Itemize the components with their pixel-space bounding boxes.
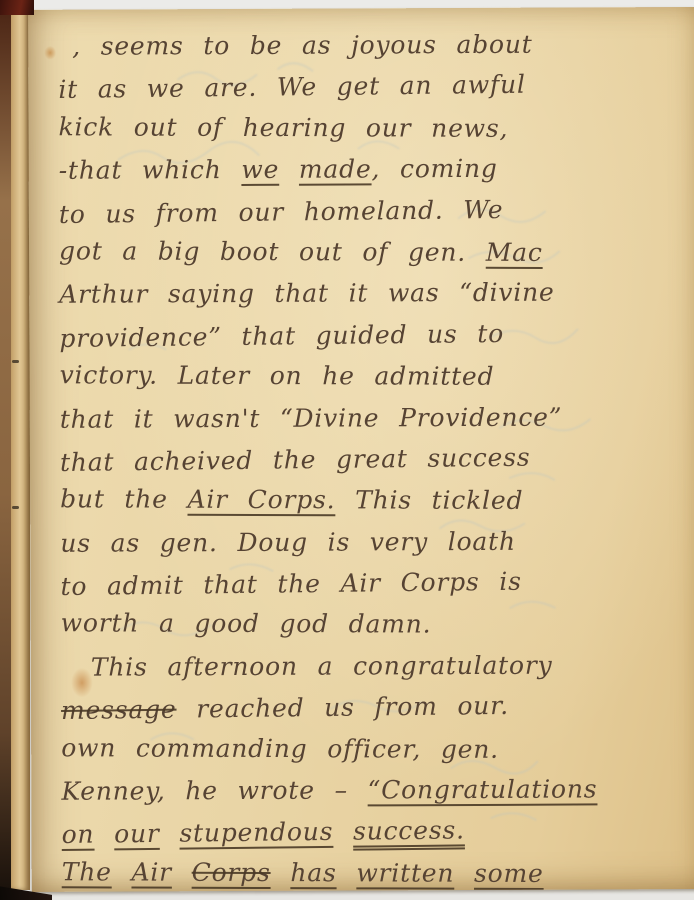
handwritten-text xyxy=(94,820,114,849)
handwritten-text: but the xyxy=(60,485,187,514)
handwritten-text: got a big boot out of gen. xyxy=(59,236,486,266)
handwritten-text: This afternoon a congratulatory xyxy=(91,650,553,681)
handwritten-text: that acheived the great success xyxy=(60,443,531,477)
handwritten-text xyxy=(271,858,291,887)
handwritten-text: Air xyxy=(131,857,172,886)
handwritten-text: message xyxy=(61,695,177,725)
handwritten-text xyxy=(112,857,132,886)
handwritten-text: Mac xyxy=(486,238,543,267)
handwritten-line: The Air Corps has written some xyxy=(62,851,692,892)
handwritten-text: Arthur saying that it was “divine xyxy=(59,278,554,309)
handwritten-text: “Congratulations xyxy=(368,774,598,804)
page-lines: , seems to be as joyous aboutit as we ar… xyxy=(58,23,692,892)
paper-stain xyxy=(44,46,56,60)
handwritten-text: providence” that guided us to xyxy=(59,319,504,353)
diary-page: , seems to be as joyous aboutit as we ar… xyxy=(28,7,694,892)
handwritten-line: us as gen. Doug is very loath xyxy=(60,520,690,564)
handwritten-line: Arthur saying that it was “divine xyxy=(59,271,689,315)
handwritten-text: Air Corps. xyxy=(187,485,335,515)
handwritten-text: has xyxy=(290,858,336,887)
handwritten-text xyxy=(279,155,299,184)
handwritten-line: , seems to be as joyous about xyxy=(58,23,688,67)
handwritten-line: Kenney, he wrote – “Congratulations xyxy=(61,768,691,812)
handwritten-line: This afternoon a congratulatory xyxy=(61,644,691,688)
previous-page-ink-mark xyxy=(12,360,19,363)
handwritten-text: This tickled xyxy=(335,486,523,516)
handwritten-text xyxy=(454,858,474,887)
handwritten-line: to admit that the Air Corps is xyxy=(60,559,690,608)
handwritten-text: made xyxy=(299,155,372,184)
handwritten-text: Kenney, he wrote – xyxy=(61,775,367,805)
handwritten-line: that it wasn't “Divine Providence” xyxy=(60,396,690,440)
handwritten-text xyxy=(337,858,357,887)
handwritten-text: to us from our homeland. We xyxy=(59,194,504,228)
handwritten-text: that it wasn't “Divine Providence” xyxy=(60,402,563,433)
handwritten-text: , coming xyxy=(371,154,497,184)
previous-page-ink-mark xyxy=(12,506,19,509)
handwritten-line: own commanding officer, gen. xyxy=(61,727,691,771)
handwritten-text: -that which xyxy=(59,155,242,185)
page-edge-stack xyxy=(11,8,30,890)
handwritten-line: got a big boot out of gen. Mac xyxy=(59,230,689,274)
handwritten-line: it as we are. We get an awful xyxy=(58,62,688,111)
handwritten-text: worth a good god damn. xyxy=(61,609,432,639)
handwritten-text: written xyxy=(356,858,454,887)
handwritten-text: The xyxy=(62,857,112,886)
handwritten-line: providence” that guided us to xyxy=(59,311,689,360)
book-spine-edge xyxy=(0,6,11,892)
handwritten-text: to admit that the Air Corps is xyxy=(60,567,522,601)
handwritten-text: Corps xyxy=(192,858,271,887)
handwritten-text: victory. Later on he admitted xyxy=(60,360,495,391)
handwritten-text: kick out of hearing our news, xyxy=(58,112,508,143)
handwritten-text: on xyxy=(61,820,94,849)
handwritten-line: victory. Later on he admitted xyxy=(60,354,690,398)
handwritten-text: we xyxy=(241,155,279,184)
handwritten-line: message reached us from our. xyxy=(61,683,691,732)
handwritten-line: kick out of hearing our news, xyxy=(58,106,688,150)
handwritten-line: that acheived the great success xyxy=(60,435,690,484)
handwritten-text: our xyxy=(114,819,160,849)
scanned-diary-photo: , seems to be as joyous aboutit as we ar… xyxy=(0,0,694,900)
handwritten-text xyxy=(333,817,353,846)
book-cover-corner-top xyxy=(0,0,34,15)
handwritten-text: us as gen. Doug is very loath xyxy=(60,526,516,557)
handwritten-text xyxy=(172,857,192,886)
handwritten-text: , seems to be as joyous about xyxy=(72,30,533,61)
handwritten-line: worth a good god damn. xyxy=(61,603,691,647)
handwritten-text: some xyxy=(474,859,544,888)
handwritten-text: reached us from our. xyxy=(176,691,509,724)
handwritten-line: but the Air Corps. This tickled xyxy=(60,479,690,523)
handwritten-text xyxy=(159,819,179,848)
handwritten-text: own commanding officer, gen. xyxy=(61,733,499,764)
handwritten-text: stupendous xyxy=(179,817,333,848)
handwritten-line: on our stupendous success. xyxy=(61,807,691,856)
handwritten-line: -that which we made, coming xyxy=(59,147,689,191)
handwritten-line: to us from our homeland. We xyxy=(59,186,689,235)
handwritten-text: success. xyxy=(353,816,465,846)
handwritten-text: it as we are. We get an awful xyxy=(58,70,526,104)
